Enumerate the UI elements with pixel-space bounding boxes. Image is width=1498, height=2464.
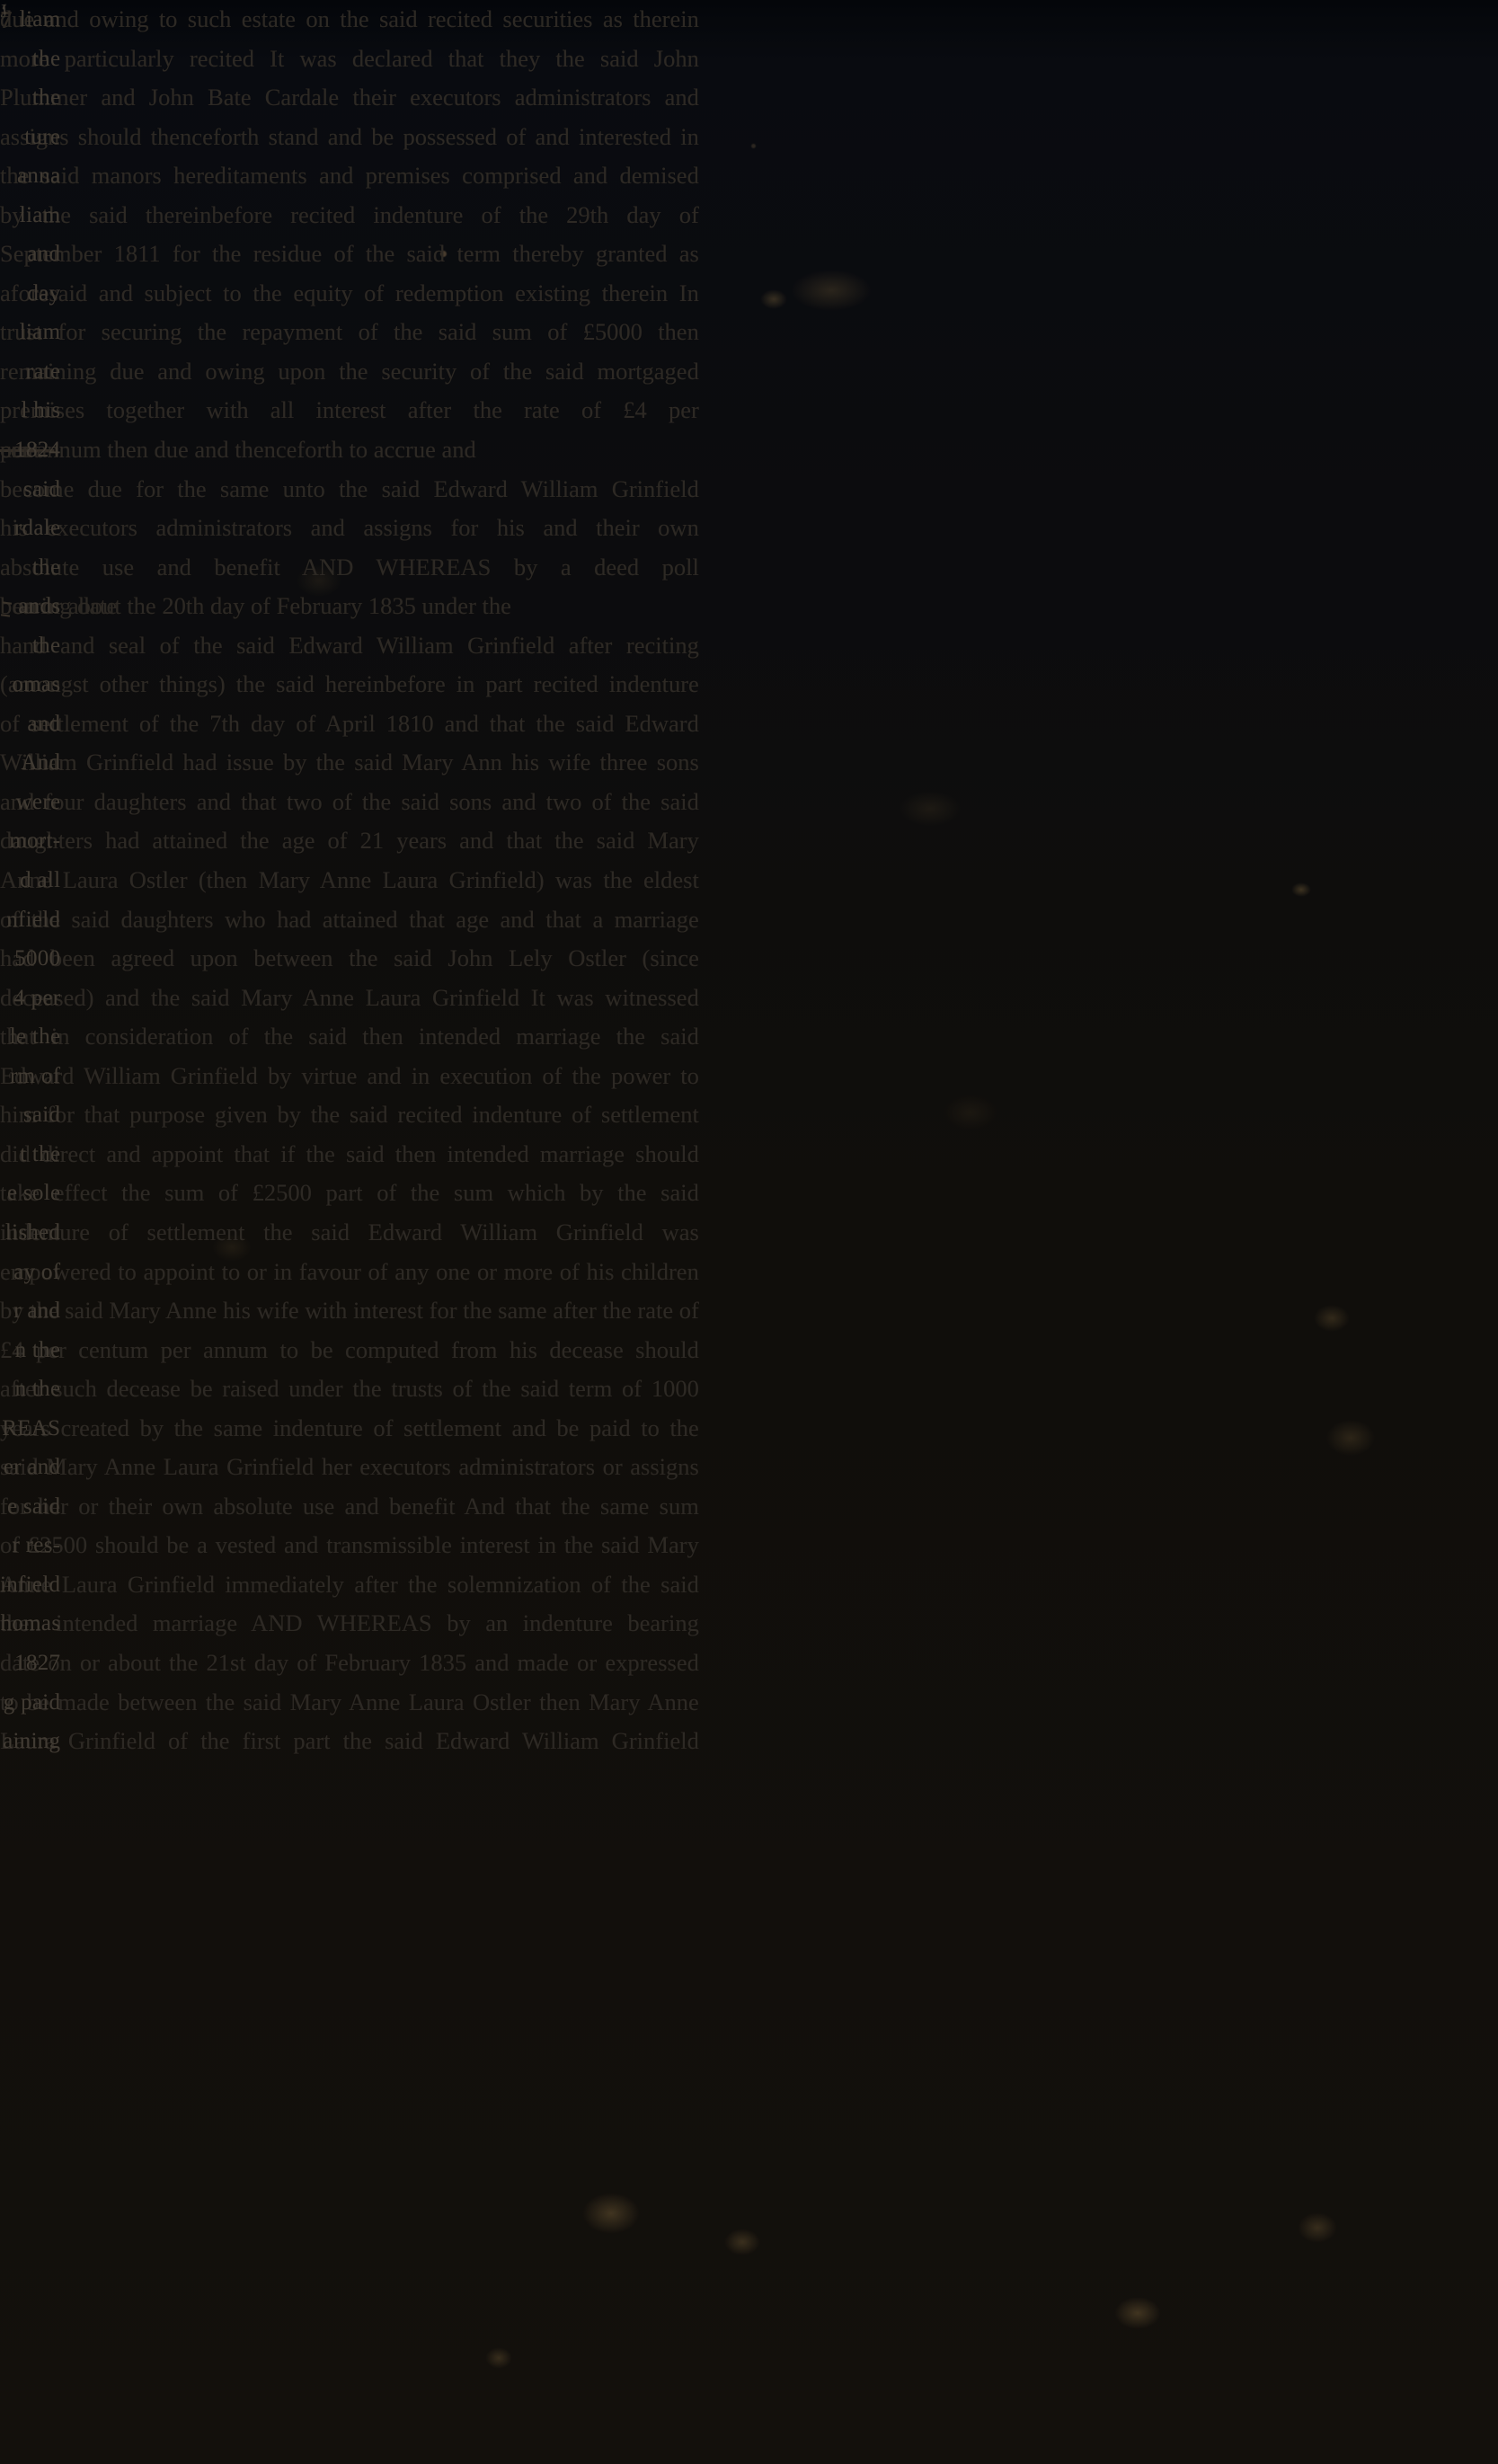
text-line: take effect the sum of £2500 part of the… <box>0 1174 699 1213</box>
left-page-text-fragment: ture <box>0 118 60 157</box>
text-line: assigns should thenceforth stand and be … <box>0 118 699 157</box>
left-page-text-fragment: liam <box>0 313 60 352</box>
left-page-text-fragment: were <box>0 783 60 822</box>
text-line: empowered to appoint to or in favour of … <box>0 1253 699 1292</box>
left-page-text-fragment: 1827 <box>0 1644 60 1683</box>
left-page-text-fragment: er and <box>0 1448 60 1487</box>
text-line: of £2500 should be a vested and transmis… <box>0 1526 699 1565</box>
left-page-text-fragment: d all <box>0 861 60 900</box>
text-line: for her or their own absolute use and be… <box>0 1487 699 1527</box>
left-page-text-fragment: rate <box>0 352 60 392</box>
ink-speck <box>751 144 756 148</box>
text-line: date on or about the 21st day of Februar… <box>0 1644 699 1683</box>
text-line: and four daughters and that two of the s… <box>0 783 699 822</box>
left-page-text-fragment: 1824 <box>0 430 60 470</box>
text-line: (amongst other things) the said hereinbe… <box>0 665 699 705</box>
foxing-stain <box>1326 1420 1375 1456</box>
text-line: deceased) and the said Mary Anne Laura G… <box>0 979 699 1018</box>
left-page-text-fragment: said <box>0 470 60 510</box>
text-line: £4 per centum per annum to be computed f… <box>0 1331 699 1370</box>
left-page-text-fragment: liam <box>0 196 60 235</box>
foxing-stain <box>1114 2297 1161 2329</box>
left-page-text-fragment: homas <box>0 1604 60 1644</box>
page-text: due and owing to such estate on the said… <box>0 0 699 1761</box>
text-line: him for that purpose given by the said r… <box>0 1095 699 1135</box>
text-line: hand and seal of the said Edward William… <box>0 626 699 666</box>
left-page-text-fragment: omas <box>0 665 60 705</box>
text-line: his executors administrators and assigns… <box>0 509 699 548</box>
left-page-text-fragment: ands <box>0 587 60 626</box>
left-page-text-fragment: g paid <box>0 1683 60 1723</box>
text-line: to be made between the said Mary Anne La… <box>0 1683 699 1723</box>
left-page-text-fragment: REAS <box>0 1409 60 1449</box>
left-page-text-fragment: le the <box>0 1017 60 1057</box>
text-line: aforesaid and subject to the equity of r… <box>0 274 699 314</box>
text-line: remaining due and owing upon the securit… <box>0 352 699 392</box>
left-page-text-fragment: And <box>0 743 60 783</box>
left-page-text-fragment: anna <box>0 156 60 196</box>
text-line: become due for the same unto the said Ed… <box>0 470 699 510</box>
left-page-text-fragment: e said <box>0 1487 60 1527</box>
left-page-text-fragment: 5000 <box>0 939 60 979</box>
text-line: indenture of settlement the said Edward … <box>0 1213 699 1253</box>
left-page-text-fragment: rm of <box>0 1057 60 1096</box>
left-page-text-fragment: 4 per <box>0 979 60 1018</box>
text-line: did direct and appoint that if the said … <box>0 1135 699 1174</box>
text-line: absolute use and benefit AND WHEREAS by … <box>0 548 699 588</box>
text-line: by the said Mary Anne his wife with inte… <box>0 1291 699 1331</box>
text-line: Laura Grinfield of the first part the sa… <box>0 1722 699 1761</box>
left-page-text-fragment: the <box>0 40 60 79</box>
foxing-stain <box>899 791 962 827</box>
foxing-stain <box>1291 882 1311 897</box>
left-page-text-fragment: the <box>0 626 60 666</box>
text-line: Anne Laura Ostler (then Mary Anne Laura … <box>0 861 699 900</box>
left-page-text-fragment: l his <box>0 391 60 430</box>
book-scan-photo: 7 due and owing to such estate on the sa… <box>0 0 1498 2464</box>
left-page-text-fragment: said <box>0 1095 60 1135</box>
left-page-text-fragment: n the <box>0 1331 60 1370</box>
left-page-text-fragment: liam <box>0 0 60 40</box>
text-line: Edward William Grinfield by virtue and i… <box>0 1057 699 1096</box>
foxing-stain <box>944 1095 997 1130</box>
left-page-text-fragment: mort- <box>0 821 60 861</box>
text-line: had been agreed upon between the said Jo… <box>0 939 699 979</box>
text-line: September 1811 for the residue of the sa… <box>0 235 699 274</box>
left-page-text-fragment: r and <box>0 1291 60 1331</box>
left-page-text-fragment: e sole <box>0 1174 60 1213</box>
text-line: daughters had attained the age of 21 yea… <box>0 821 699 861</box>
left-page-text-fragment: t the <box>0 1135 60 1174</box>
foxing-stain <box>485 2347 512 2369</box>
text-line: premises together with all interest afte… <box>0 391 699 430</box>
left-page-text-fragment: day <box>0 274 60 314</box>
left-page-text-fragment: and <box>0 235 60 274</box>
foxing-stain <box>582 2193 640 2234</box>
text-line: said Mary Anne Laura Grinfield her execu… <box>0 1448 699 1487</box>
text-line: Plummer and John Bate Cardale their exec… <box>0 78 699 118</box>
text-line: the said manors hereditaments and premis… <box>0 156 699 196</box>
text-line: Anne Laura Grinfield immediately after t… <box>0 1565 699 1605</box>
text-line: centum— per annum then due and thencefor… <box>0 430 699 470</box>
left-page-text-fragment: nfield <box>0 900 60 940</box>
text-line: due and owing to such estate on the said… <box>0 0 699 40</box>
left-page-text-fragment: lished <box>0 1213 60 1253</box>
left-page-text-fragment: r res- <box>0 1526 60 1565</box>
text-line: then intended marriage AND WHEREAS by an… <box>0 1604 699 1644</box>
text-line: of the said daughters who had attained t… <box>0 900 699 940</box>
foxing-stain <box>1314 1305 1350 1332</box>
foxing-stain <box>791 270 872 311</box>
foxing-stain <box>1298 2212 1337 2243</box>
text-line: after such decease be raised under the t… <box>0 1369 699 1409</box>
left-page-fragments: liamthethetureannaliamanddayliamratel hi… <box>0 0 60 1761</box>
left-page-text-fragment: ay of <box>0 1253 60 1292</box>
text-line: years created by the same indenture of s… <box>0 1409 699 1449</box>
left-page-text-fragment: the <box>0 78 60 118</box>
left-page-text-fragment: infield <box>0 1565 60 1605</box>
text-line: by the said thereinbefore recited indent… <box>0 196 699 235</box>
foxing-stain <box>760 289 787 309</box>
left-page-text-fragment: rdale <box>0 509 60 548</box>
left-page-text-fragment: n the <box>0 1369 60 1409</box>
text-line: trust for securing the repayment of the … <box>0 313 699 352</box>
text-line: bearing dateon or about the 20th day of … <box>0 587 699 626</box>
text-line: of settlement of the 7th day of April 18… <box>0 705 699 744</box>
left-page-text-fragment: aining <box>0 1722 60 1761</box>
left-page-text-fragment: and <box>0 705 60 744</box>
text-line: William Grinfield had issue by the said … <box>0 743 699 783</box>
text-line: that in consideration of the said then i… <box>0 1017 699 1057</box>
foxing-stain <box>724 2229 760 2256</box>
text-line: more particularly recited It was declare… <box>0 40 699 79</box>
left-page-text-fragment: the <box>0 548 60 588</box>
